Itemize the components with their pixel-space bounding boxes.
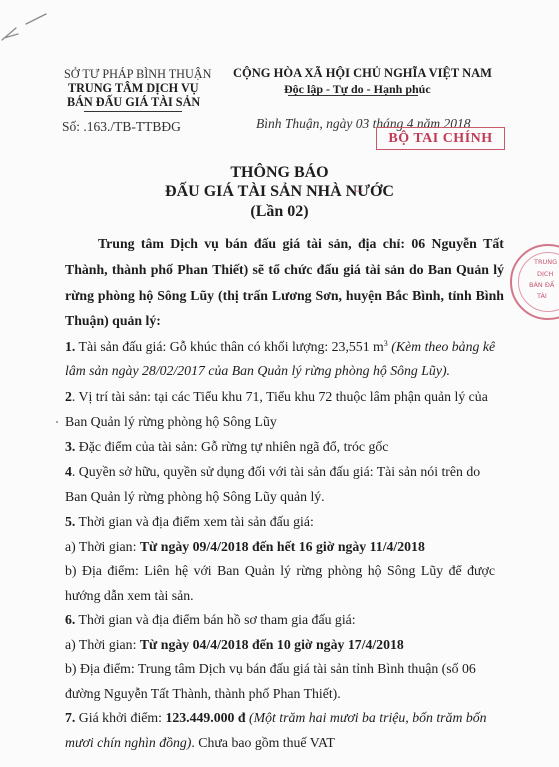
word: hộ (368, 563, 382, 579)
word: Lũy (190, 288, 214, 304)
intro-line-1: TrungtâmDịchvụbánđấugiátàisản,địachỉ:06N… (98, 236, 504, 252)
word: hệ (175, 563, 188, 579)
word: rừng (65, 288, 94, 304)
item-5a: a) Thời gian: Từ ngày 09/4/2018 đến hết … (65, 539, 425, 555)
word: Trung (98, 236, 135, 252)
item-6b: b) Địa điểm: Trung tâm Dịch vụ bán đấu g… (65, 661, 476, 677)
word: với (194, 563, 212, 579)
intro-line-4: Thuận) quản lý: (65, 313, 161, 329)
word: thành (112, 262, 147, 278)
word: Lũy (421, 563, 443, 579)
department-name: SỞ TƯ PHÁP BÌNH THUẬN (64, 67, 211, 82)
word: tỉnh (448, 288, 472, 304)
document-number: Số: .163./TB-TTBĐG (62, 119, 181, 135)
signature-mark: ~~ (355, 188, 363, 196)
agency-underline (84, 111, 182, 112)
handwritten-mark (0, 0, 60, 50)
word: phòng (328, 563, 363, 579)
doc-round: (Lần 02) (0, 203, 559, 221)
word: đấu (317, 262, 339, 278)
center-name-line1: TRUNG TÂM DỊCH VỤ (68, 81, 199, 96)
item-6: 6. Thời gian và địa điểm bán hồ sơ tham … (65, 612, 356, 628)
word: điểm: (107, 563, 138, 579)
word: 06 (411, 236, 425, 252)
word: Phan (177, 262, 208, 278)
word: phòng (98, 288, 135, 304)
word: hộ (139, 288, 154, 304)
word: tài (307, 236, 322, 252)
word: Bình, (412, 288, 444, 304)
word: b) (65, 563, 77, 579)
word: tổ (268, 262, 280, 278)
item-7-cont: mươi chín nghìn đồng). Chưa bao gồm thuế… (65, 735, 335, 751)
word: Thiết) (212, 262, 248, 278)
word: Sông (157, 288, 186, 304)
word: Sơn, (316, 288, 342, 304)
word: Ban (428, 262, 452, 278)
word: vụ (204, 236, 219, 252)
word: (thị (218, 288, 239, 304)
seal-text: DỊCH (537, 270, 553, 278)
item-5: 5. Thời gian và địa điểm xem tài sản đấu… (65, 514, 314, 530)
word: sẽ (253, 262, 265, 278)
word: Dịch (170, 236, 198, 252)
word: Quản (245, 563, 275, 579)
item-5b-cont: hướng dẫn xem tài sản. (65, 588, 194, 604)
word: huyện (346, 288, 382, 304)
word: Thành, (65, 262, 108, 278)
word: tài (365, 262, 380, 278)
word: bán (225, 236, 247, 252)
word: Ban (217, 563, 239, 579)
word: do (409, 262, 424, 278)
word: được (467, 563, 495, 579)
word: sản, (328, 236, 351, 252)
word: địa (358, 236, 376, 252)
word: đấu (254, 236, 276, 252)
word: phố (151, 262, 173, 278)
item-2-cont: Ban Quản lý rừng phòng hộ Sông Lũy (65, 414, 277, 430)
speck (56, 421, 58, 423)
word: chỉ: (383, 236, 405, 252)
word: lý (280, 563, 291, 579)
word: Nguyễn (432, 236, 477, 252)
center-name-line2: BÁN ĐẤU GIÁ TÀI SẢN (67, 95, 200, 110)
item-5b: b)Địađiểm:LiênhệvớiBanQuảnlýrừngphònghộS… (65, 563, 495, 579)
seal-text: TÀI (537, 292, 547, 300)
intro-line-2: Thành,thànhphốPhanThiết)sẽtổchứcđấugiátà… (65, 262, 504, 278)
item-4: 4. Quyền sở hữu, quyền sử dụng đối với t… (65, 464, 480, 480)
word: giá (282, 236, 300, 252)
item-3: 3. Đặc điểm của tài sản: Gỗ rừng tự nhiê… (65, 439, 388, 455)
word: Sông (387, 563, 415, 579)
word: giá (343, 262, 361, 278)
word: trấn (243, 288, 268, 304)
word: tâm (141, 236, 164, 252)
received-stamp: BỘ TAI CHÍNH (376, 127, 505, 150)
word: Quản (456, 262, 489, 278)
national-title: CỘNG HÒA XÃ HỘI CHỦ NGHĨA VIỆT NAM (233, 66, 492, 81)
word: Lương (272, 288, 312, 304)
word: để (449, 563, 462, 579)
word: lý (493, 262, 504, 278)
seal-text: BÁN ĐẤ (529, 281, 554, 289)
doc-subtitle: ĐẤU GIÁ TÀI SẢN NHÀ NƯỚC (0, 183, 559, 201)
intro-line-3: rừngphònghộSôngLũy(thịtrấnLươngSơn,huyện… (65, 288, 504, 304)
word: Bình (476, 288, 504, 304)
word: sản (385, 262, 405, 278)
item-7: 7. Giá khởi điểm: 123.449.000 đ (Một tră… (65, 710, 487, 726)
motto-underline (288, 95, 418, 96)
item-4-cont: Ban Quản lý rừng phòng hộ Sông Lũy quản … (65, 489, 325, 505)
word: Tất (483, 236, 504, 252)
word: Địa (82, 563, 102, 579)
official-seal: TRUNG DỊCH BÁN ĐẤ TÀI (510, 244, 559, 320)
word: rừng (296, 563, 322, 579)
word: Liên (144, 563, 169, 579)
word: chức (284, 262, 312, 278)
word: Bắc (386, 288, 408, 304)
doc-title: THÔNG BÁO (0, 164, 559, 182)
item-6b-cont: đường Nguyễn Tất Thành, thành phố Phan T… (65, 686, 341, 702)
item-2: 2. Vị trí tài sản: tại các Tiểu khu 71, … (65, 389, 488, 405)
item-1: 1. Tài sản đấu giá: Gỗ khúc thân có khối… (65, 339, 495, 355)
seal-text: TRUNG (534, 258, 557, 266)
item-1-note: lâm sản ngày 28/02/2017 của Ban Quản lý … (65, 363, 450, 379)
item-6a: a) Thời gian: Từ ngày 04/4/2018 đến 10 g… (65, 637, 404, 653)
